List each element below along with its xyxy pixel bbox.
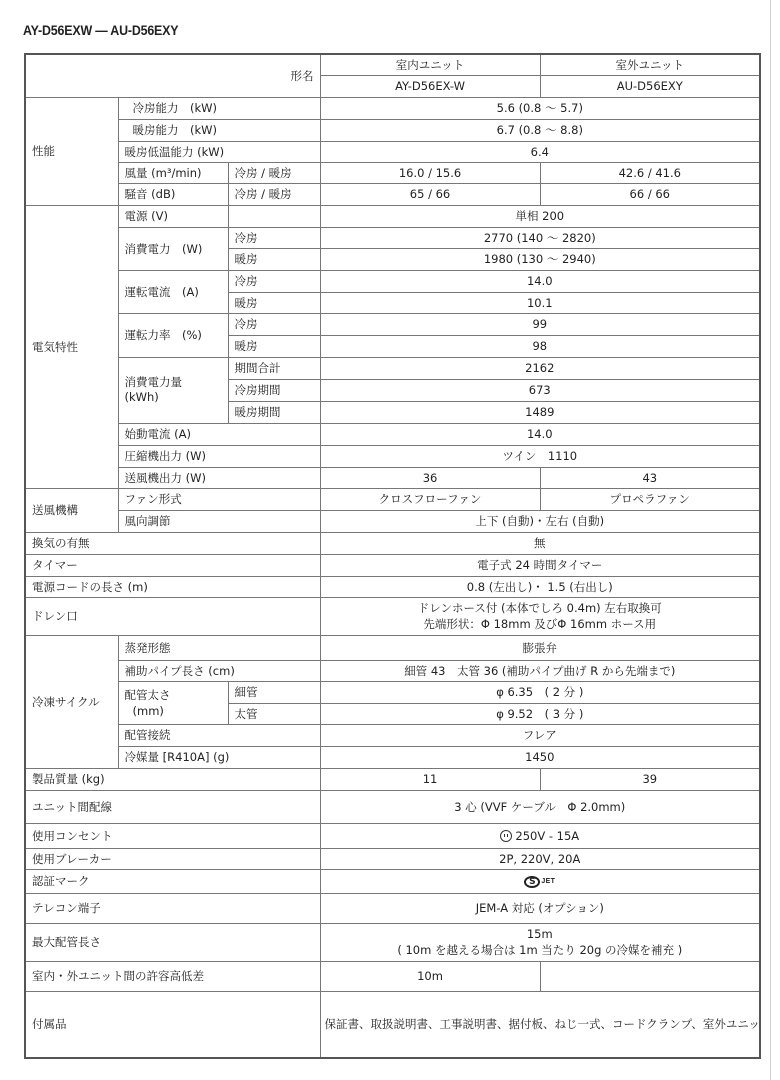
weight-label: 製品質量 (kg) — [25, 768, 320, 790]
pipe-connection-value: フレア — [320, 724, 760, 746]
remote-terminal-label: テレコン端子 — [25, 893, 320, 923]
table-row: 圧縮機出力 (W) ツイン 1110 — [25, 445, 760, 467]
fan-type-outdoor: プロペラファン — [540, 488, 760, 510]
table-row: 使用ブレーカー 2P, 220V, 20A — [25, 848, 760, 869]
ventilation-label: 換気の有無 — [25, 532, 320, 554]
starting-current-label: 始動電流 (A) — [118, 423, 320, 445]
energy-consumption-unit: (kWh) — [125, 390, 222, 405]
table-row: 風量 (m³/min) 冷房 / 暖房 16.0 / 15.6 42.6 / 4… — [25, 162, 760, 183]
table-row: 冷媒量 [R410A] (g) 1450 — [25, 746, 760, 768]
table-row: 運転力率 (%) 冷房 99 — [25, 313, 760, 335]
power-consumption-heating-label: 暖房 — [228, 248, 320, 270]
power-factor-heating: 98 — [320, 335, 760, 357]
heating-capacity-value: 6.7 (0.8 〜 8.8) — [320, 119, 760, 141]
table-row: 性能 冷房能力 (kW) 5.6 (0.8 〜 5.7) — [25, 97, 760, 119]
table-row: 最大配管長さ 15m ( 10m を越える場合は 1m 当たり 20g の冷媒を… — [25, 923, 760, 961]
energy-total: 2162 — [320, 357, 760, 379]
table-row: 送風機構 ファン形式 クロスフローファン プロペラファン — [25, 488, 760, 510]
operating-current-heating: 10.1 — [320, 292, 760, 313]
energy-cooling: 673 — [320, 379, 760, 401]
pipe-thick-value: φ 9.52 ( 3 分 ) — [320, 703, 760, 724]
breaker-label: 使用ブレーカー — [25, 848, 320, 869]
fan-type-indoor: クロスフローファン — [320, 488, 540, 510]
aux-pipe-value: 細管 43 太管 36 (補助パイプ曲げ R から先端まで) — [320, 660, 760, 681]
pipe-size-title: 配管太さ — [125, 687, 222, 703]
table-row: 使用コンセント 250V - 15A — [25, 823, 760, 848]
table-row: 始動電流 (A) 14.0 — [25, 423, 760, 445]
spec-table: 形名 室内ユニット 室外ユニット AY-D56EX-W AU-D56EXY 性能… — [24, 53, 761, 1059]
max-pipe-length-label: 最大配管長さ — [25, 923, 320, 961]
table-row: ドレン口 ドレンホース付 (本体でしろ 0.4m) 左右取換可 先端形状：Φ 1… — [25, 597, 760, 635]
table-row: 暖房能力 (kW) 6.7 (0.8 〜 8.8) — [25, 119, 760, 141]
outdoor-unit-header: 室外ユニット — [540, 54, 760, 75]
operating-current-cooling-label: 冷房 — [228, 270, 320, 292]
pipe-size-unit: (mm) — [125, 703, 222, 719]
airflow-indoor: 16.0 / 15.6 — [320, 162, 540, 183]
refrigerant-label: 冷媒量 [R410A] (g) — [118, 746, 320, 768]
operating-current-cooling: 14.0 — [320, 270, 760, 292]
table-row: 形名 室内ユニット 室外ユニット — [25, 54, 760, 75]
fan-output-label: 送風機出力 (W) — [118, 467, 320, 488]
airflow-outdoor: 42.6 / 41.6 — [540, 162, 760, 183]
indoor-unit-header: 室内ユニット — [320, 54, 540, 75]
heating-capacity-label: 暖房能力 (kW) — [118, 119, 320, 141]
table-row: 補助パイプ長さ (cm) 細管 43 太管 36 (補助パイプ曲げ R から先端… — [25, 660, 760, 681]
group-refrigeration: 冷凍サイクル — [25, 635, 118, 768]
compressor-output-value: ツイン 1110 — [320, 445, 760, 467]
certification-value: S JET — [320, 869, 760, 893]
drain-line-1: ドレンホース付 (本体でしろ 0.4m) 左右取換可 — [327, 600, 754, 616]
operating-current-label: 運転電流 (A) — [118, 270, 228, 313]
accessories-value: 保証書、取扱説明書、工事説明書、据付板、ねじ一式、コードクランプ、室外ユニット用… — [320, 991, 760, 1058]
remote-terminal-value: JEM-A 対応 (オプション) — [320, 893, 760, 923]
evaporation-label: 蒸発形態 — [118, 635, 320, 660]
cord-length-value: 0.8 (左出し)・ 1.5 (右出し) — [320, 576, 760, 597]
low-temp-heating-value: 6.4 — [320, 141, 760, 162]
table-row: 配管接続 フレア — [25, 724, 760, 746]
noise-label: 騒音 (dB) — [118, 183, 228, 205]
table-row: テレコン端子 JEM-A 対応 (オプション) — [25, 893, 760, 923]
energy-cooling-label: 冷房期間 — [228, 379, 320, 401]
fan-type-label: ファン形式 — [118, 488, 320, 510]
energy-consumption-title: 消費電力量 — [125, 375, 222, 390]
group-performance: 性能 — [25, 97, 118, 205]
table-row: 付属品 保証書、取扱説明書、工事説明書、据付板、ねじ一式、コードクランプ、室外ユ… — [25, 991, 760, 1058]
air-direction-value: 上下 (自動)・左右 (自動) — [320, 510, 760, 532]
timer-label: タイマー — [25, 554, 320, 576]
drain-value: ドレンホース付 (本体でしろ 0.4m) 左右取換可 先端形状：Φ 18mm 及… — [320, 597, 760, 635]
pipe-thin-value: φ 6.35 ( 2 分 ) — [320, 681, 760, 703]
pipe-connection-label: 配管接続 — [118, 724, 320, 746]
page-title: AY-D56EXW — AU-D56EXY — [23, 23, 178, 38]
air-direction-label: 風向調節 — [118, 510, 320, 532]
power-factor-heating-label: 暖房 — [228, 335, 320, 357]
empty-cell — [228, 205, 320, 227]
low-temp-heating-label: 暖房低温能力 (kW) — [118, 141, 320, 162]
power-factor-label: 運転力率 (%) — [118, 313, 228, 357]
table-row: タイマー 電子式 24 時間タイマー — [25, 554, 760, 576]
power-consumption-cooling: 2770 (140 〜 2820) — [320, 227, 760, 248]
group-electrical: 電気特性 — [25, 205, 118, 488]
power-factor-cooling: 99 — [320, 313, 760, 335]
jet-s-glyph: S — [524, 876, 540, 888]
cooling-capacity-label: 冷房能力 (kW) — [118, 97, 320, 119]
airflow-label: 風量 (m³/min) — [118, 162, 228, 183]
weight-outdoor: 39 — [540, 768, 760, 790]
power-factor-cooling-label: 冷房 — [228, 313, 320, 335]
starting-current-value: 14.0 — [320, 423, 760, 445]
outlet-icon — [500, 830, 512, 842]
table-row: 電気特性 電源 (V) 単相 200 — [25, 205, 760, 227]
wiring-label: ユニット間配線 — [25, 790, 320, 823]
noise-indoor: 65 / 66 — [320, 183, 540, 205]
fan-output-outdoor: 43 — [540, 467, 760, 488]
table-row: 冷凍サイクル 蒸発形態 膨張弁 — [25, 635, 760, 660]
evaporation-value: 膨張弁 — [320, 635, 760, 660]
fan-output-indoor: 36 — [320, 467, 540, 488]
energy-heating: 1489 — [320, 401, 760, 423]
table-row: 認証マーク S JET — [25, 869, 760, 893]
outlet-value: 250V - 15A — [515, 829, 579, 843]
cooling-capacity-value: 5.6 (0.8 〜 5.7) — [320, 97, 760, 119]
drain-label: ドレン口 — [25, 597, 320, 635]
operating-current-heating-label: 暖房 — [228, 292, 320, 313]
ventilation-value: 無 — [320, 532, 760, 554]
table-row: 室内・外ユニット間の許容高低差 10m — [25, 961, 760, 991]
power-consumption-heating: 1980 (130 〜 2940) — [320, 248, 760, 270]
accessories-label: 付属品 — [25, 991, 320, 1058]
group-fan-mechanism: 送風機構 — [25, 488, 118, 532]
table-row: 電源コードの長さ (m) 0.8 (左出し)・ 1.5 (右出し) — [25, 576, 760, 597]
power-source-value: 単相 200 — [320, 205, 760, 227]
outdoor-model: AU-D56EXY — [540, 75, 760, 97]
max-pipe-length-line-2: ( 10m を越える場合は 1m 当たり 20g の冷媒を補充 ) — [327, 942, 754, 958]
breaker-value: 2P, 220V, 20A — [320, 848, 760, 869]
max-pipe-length-line-1: 15m — [327, 926, 754, 942]
pipe-thick-label: 太管 — [228, 703, 320, 724]
table-row: 送風機出力 (W) 36 43 — [25, 467, 760, 488]
table-row: 換気の有無 無 — [25, 532, 760, 554]
height-diff-label: 室内・外ユニット間の許容高低差 — [25, 961, 320, 991]
pipe-size-label: 配管太さ (mm) — [118, 681, 228, 724]
height-diff-indoor: 10m — [320, 961, 540, 991]
table-row: 風向調節 上下 (自動)・左右 (自動) — [25, 510, 760, 532]
aux-pipe-label: 補助パイプ長さ (cm) — [118, 660, 320, 681]
max-pipe-length-value: 15m ( 10m を越える場合は 1m 当たり 20g の冷媒を補充 ) — [320, 923, 760, 961]
noise-mode: 冷房 / 暖房 — [228, 183, 320, 205]
compressor-output-label: 圧縮機出力 (W) — [118, 445, 320, 467]
table-row: 配管太さ (mm) 細管 φ 6.35 ( 2 分 ) — [25, 681, 760, 703]
table-row: 消費電力 (W) 冷房 2770 (140 〜 2820) — [25, 227, 760, 248]
table-row: ユニット間配線 3 心 (VVF ケーブル Φ 2.0mm) — [25, 790, 760, 823]
airflow-mode: 冷房 / 暖房 — [228, 162, 320, 183]
drain-line-2: 先端形状：Φ 18mm 及びΦ 16mm ホース用 — [327, 616, 754, 632]
table-row: 消費電力量 (kWh) 期間合計 2162 — [25, 357, 760, 379]
energy-consumption-label: 消費電力量 (kWh) — [118, 357, 228, 423]
power-consumption-label: 消費電力 (W) — [118, 227, 228, 270]
power-source-label: 電源 (V) — [118, 205, 228, 227]
jet-mark-icon: S JET — [524, 875, 555, 889]
noise-outdoor: 66 / 66 — [540, 183, 760, 205]
jet-text: JET — [541, 875, 555, 889]
page-edge — [770, 0, 771, 1080]
outlet-label: 使用コンセント — [25, 823, 320, 848]
refrigerant-value: 1450 — [320, 746, 760, 768]
energy-total-label: 期間合計 — [228, 357, 320, 379]
outlet-value-cell: 250V - 15A — [320, 823, 760, 848]
pipe-thin-label: 細管 — [228, 681, 320, 703]
table-row: 騒音 (dB) 冷房 / 暖房 65 / 66 66 / 66 — [25, 183, 760, 205]
weight-indoor: 11 — [320, 768, 540, 790]
indoor-model: AY-D56EX-W — [320, 75, 540, 97]
table-row: 運転電流 (A) 冷房 14.0 — [25, 270, 760, 292]
table-row: 製品質量 (kg) 11 39 — [25, 768, 760, 790]
table-row: 暖房低温能力 (kW) 6.4 — [25, 141, 760, 162]
height-diff-outdoor — [540, 961, 760, 991]
timer-value: 電子式 24 時間タイマー — [320, 554, 760, 576]
certification-label: 認証マーク — [25, 869, 320, 893]
model-label: 形名 — [25, 54, 320, 97]
power-consumption-cooling-label: 冷房 — [228, 227, 320, 248]
cord-length-label: 電源コードの長さ (m) — [25, 576, 320, 597]
wiring-value: 3 心 (VVF ケーブル Φ 2.0mm) — [320, 790, 760, 823]
energy-heating-label: 暖房期間 — [228, 401, 320, 423]
